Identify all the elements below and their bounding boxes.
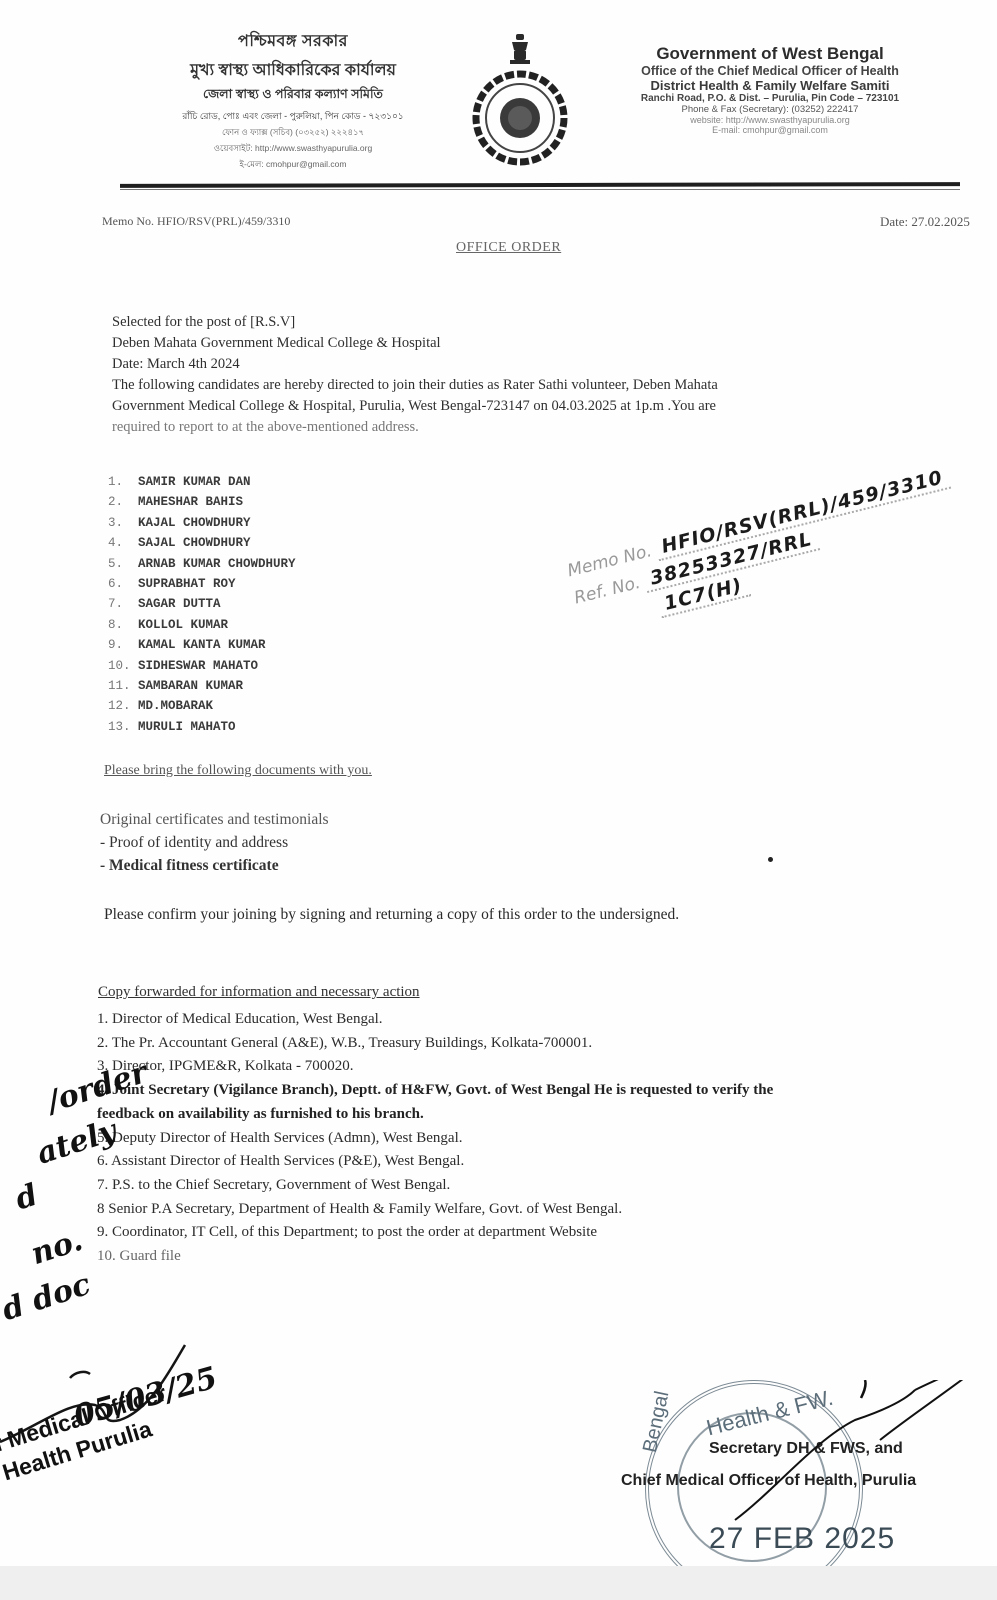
intro-post: Selected for the post of [R.S.V] [112, 312, 957, 333]
bn-samiti: জেলা স্বাস্থ্য ও পরিবার কল্যাণ সমিতি [118, 86, 468, 106]
candidate-item: 1.SAMIR KUMAR DAN [108, 472, 296, 492]
candidate-number: 13. [108, 717, 138, 737]
copy-recipient-item: 7. P.S. to the Chief Secretary, Governme… [97, 1174, 967, 1198]
en-phone: Phone & Fax (Secretary): (03252) 222417 [580, 104, 960, 115]
viewer-bottom-bar [0, 1566, 997, 1600]
candidate-item: 2.MAHESHAR BAHIS [108, 492, 296, 512]
en-samiti: District Health & Family Welfare Samiti [580, 78, 960, 93]
candidate-name: SIDHESWAR MAHATO [138, 659, 258, 673]
office-order-document: পশ্চিমবঙ্গ সরকার মুখ্য স্বাস্থ্য আধিকারি… [0, 0, 997, 1566]
letterhead-english: Government of West Bengal Office of the … [580, 44, 960, 135]
bn-address: রাঁচি রোড, পোঃ এবং জেলা - পুরুলিয়া, পিন… [118, 109, 468, 124]
margin-note: d [11, 1178, 42, 1218]
candidate-number: 11. [108, 676, 138, 696]
bn-website: ওয়েবসাইট: http://www.swasthyapurulia.or… [118, 142, 468, 156]
copy-recipient-item: feedback on availability as furnished to… [97, 1103, 967, 1127]
copy-forwarded-heading: Copy forwarded for information and neces… [98, 984, 420, 1001]
margin-note: no. [27, 1223, 87, 1272]
document-title: OFFICE ORDER [456, 240, 561, 256]
memo-date: Date: 27.02.2025 [880, 214, 970, 230]
letterhead-divider-thin [120, 189, 960, 190]
intro-body-line-3: required to report to at the above-menti… [112, 417, 957, 438]
intro-date: Date: March 4th 2024 [112, 354, 957, 375]
copy-recipient-item: 8 Senior P.A Secretary, Department of He… [97, 1198, 967, 1222]
candidate-item: 9.KAMAL KANTA KUMAR [108, 635, 296, 655]
candidate-number: 8. [108, 615, 138, 635]
candidate-name: KOLLOL KUMAR [138, 618, 228, 632]
candidate-number: 10. [108, 656, 138, 676]
document-item: - Proof of identity and address [100, 831, 329, 854]
copy-recipient-item: 1. Director of Medical Education, West B… [97, 1008, 967, 1032]
bn-office: মুখ্য স্বাস্থ্য আধিকারিকের কার্যালয় [118, 57, 468, 84]
candidate-name: KAJAL CHOWDHURY [138, 516, 251, 530]
bn-government: পশ্চিমবঙ্গ সরকার [118, 28, 468, 55]
candidate-item: 8.KOLLOL KUMAR [108, 615, 296, 635]
candidate-item: 10.SIDHESWAR MAHATO [108, 656, 296, 676]
copy-recipient-item: 4. Joint Secretary (Vigilance Branch), D… [97, 1079, 967, 1103]
candidate-item: 4.SAJAL CHOWDHURY [108, 533, 296, 553]
candidate-name: ARNAB KUMAR CHOWDHURY [138, 557, 296, 571]
document-item: Original certificates and testimonials [100, 808, 329, 831]
confirm-instruction: Please confirm your joining by signing a… [104, 906, 679, 924]
candidate-name: SAGAR DUTTA [138, 597, 221, 611]
candidate-name: SAMBARAN KUMAR [138, 679, 243, 693]
candidate-number: 2. [108, 492, 138, 512]
candidate-item: 7.SAGAR DUTTA [108, 594, 296, 614]
candidate-name: MAHESHAR BAHIS [138, 495, 243, 509]
candidate-name: SAMIR KUMAR DAN [138, 475, 251, 489]
ink-dot [768, 857, 773, 862]
copy-recipient-item: 2. The Pr. Accountant General (A&E), W.B… [97, 1032, 967, 1056]
candidate-item: 5.ARNAB KUMAR CHOWDHURY [108, 554, 296, 574]
candidate-number: 6. [108, 574, 138, 594]
intro-institution: Deben Mahata Government Medical College … [112, 333, 957, 354]
candidate-item: 12.MD.MOBARAK [108, 696, 296, 716]
candidate-number: 7. [108, 594, 138, 614]
candidate-item: 13.MURULI MAHATO [108, 717, 296, 737]
bn-email: ই-মেল: cmohpur@gmail.com [118, 158, 468, 172]
memo-number: Memo No. HFIO/RSV(PRL)/459/3310 [102, 214, 290, 229]
copy-recipient-item: 6. Assistant Director of Health Services… [97, 1150, 967, 1174]
bn-phone: ফোন ও ফ্যাক্স (সচিব) (০৩২৫২) ২২২৪১৭ [118, 126, 468, 140]
candidate-name: SAJAL CHOWDHURY [138, 536, 251, 550]
candidate-name: KAMAL KANTA KUMAR [138, 638, 266, 652]
intro-body-line-1: The following candidates are hereby dire… [112, 375, 957, 396]
letterhead-bengali: পশ্চিমবঙ্গ সরকার মুখ্য স্বাস্থ্য আধিকারি… [118, 28, 468, 172]
west-bengal-emblem-icon [470, 30, 570, 170]
letterhead-divider [120, 182, 960, 188]
documents-heading: Please bring the following documents wit… [104, 763, 372, 779]
copy-recipient-item: 3. Director, IPGME&R, Kolkata - 700020. [97, 1055, 967, 1079]
left-signature-block: 05/03/25 f Medical Officer Health Puruli… [0, 1330, 300, 1560]
candidate-item: 11.SAMBARAN KUMAR [108, 676, 296, 696]
candidate-number: 3. [108, 513, 138, 533]
copy-forwarded-list: 1. Director of Medical Education, West B… [97, 1008, 967, 1269]
candidate-list: 1.SAMIR KUMAR DAN2.MAHESHAR BAHIS3.KAJAL… [108, 472, 296, 737]
copy-recipient-item: 5. Deputy Director of Health Services (A… [97, 1127, 967, 1151]
candidate-number: 4. [108, 533, 138, 553]
candidate-number: 1. [108, 472, 138, 492]
signature-scribble-icon [615, 1380, 997, 1566]
handwritten-memo-stamp: Memo No. HFIO/RSV(RRL)/459/3310 Ref. No.… [565, 465, 966, 641]
candidate-name: MD.MOBARAK [138, 699, 213, 713]
copy-recipient-item: 9. Coordinator, IT Cell, of this Departm… [97, 1221, 967, 1245]
en-office: Office of the Chief Medical Officer of H… [580, 64, 960, 78]
en-website: website: http://www.swasthyapurulia.org [580, 115, 960, 125]
candidate-item: 6.SUPRABHAT ROY [108, 574, 296, 594]
candidate-name: SUPRABHAT ROY [138, 577, 236, 591]
candidate-name: MURULI MAHATO [138, 720, 236, 734]
intro-paragraph: Selected for the post of [R.S.V] Deben M… [112, 312, 957, 438]
copy-recipient-item: 10. Guard file [97, 1245, 967, 1269]
right-signature-block: Health & FW. Bengal 27 FEB 2025 Secretar… [615, 1380, 997, 1566]
en-government: Government of West Bengal [580, 44, 960, 64]
candidate-number: 5. [108, 554, 138, 574]
candidate-number: 12. [108, 696, 138, 716]
en-email: E-mail: cmohpur@gmail.com [580, 125, 960, 135]
intro-body-line-2: Government Medical College & Hospital, P… [112, 396, 957, 417]
candidate-number: 9. [108, 635, 138, 655]
document-item: - Medical fitness certificate [100, 854, 329, 877]
documents-list: Original certificates and testimonials- … [100, 808, 329, 877]
candidate-item: 3.KAJAL CHOWDHURY [108, 513, 296, 533]
margin-note: d doc [0, 1267, 95, 1328]
en-address: Ranchi Road, P.O. & Dist. – Purulia, Pin… [580, 93, 960, 104]
